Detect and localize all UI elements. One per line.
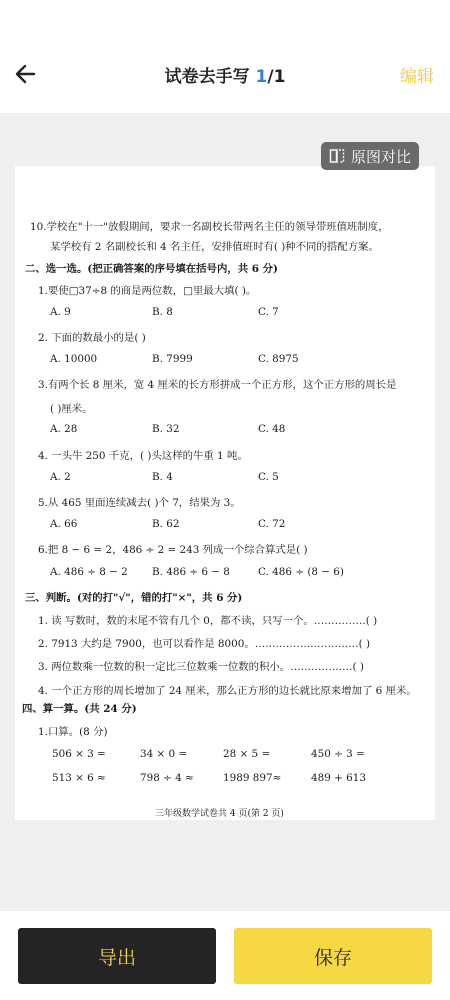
- option: A. 486 ÷ 8 − 2: [50, 566, 128, 578]
- calc-item: 506 × 3 =: [52, 748, 106, 760]
- calc-item: 798 ÷ 4 ≈: [140, 772, 194, 784]
- paper-line: 2. 下面的数最小的是( ): [38, 329, 146, 344]
- option: B. 8: [152, 306, 173, 318]
- option: C. 7: [258, 306, 279, 318]
- option: C. 486 ÷ (8 − 6): [258, 566, 344, 578]
- paper-line: 4. 一头牛 250 千克，( )头这样的牛重 1 吨。: [38, 447, 248, 462]
- bottom-action-bar: 导出 保存: [0, 911, 450, 1000]
- option: C. 5: [258, 471, 279, 483]
- edit-button[interactable]: 编辑: [400, 62, 434, 87]
- calc-item: 513 × 6 ≈: [52, 772, 106, 784]
- option: A. 9: [50, 306, 71, 318]
- calc-item: 1989 897≈: [223, 772, 281, 784]
- paper-line: 6.把 8 − 6 = 2，486 ÷ 2 = 243 列成一个综合算式是( ): [38, 541, 308, 556]
- option: A. 10000: [50, 353, 97, 365]
- calc-item: 489 + 613: [311, 772, 366, 784]
- paper-line: 3.有两个长 8 厘米，宽 4 厘米的长方形拼成一个正方形，这个正方形的周长是: [38, 376, 396, 391]
- paper-line: 4. 一个正方形的周长增加了 24 厘米，那么正方形的边长就比原来增加了 6 厘…: [38, 682, 417, 697]
- paper-footer: 三年级数学试卷共 4 页(第 2 页): [155, 806, 284, 819]
- option: B. 7999: [152, 353, 193, 365]
- option: A. 28: [50, 423, 77, 435]
- option: C. 8975: [258, 353, 299, 365]
- paper-line: 5.从 465 里面连续减去( )个 7，结果为 3。: [38, 494, 241, 509]
- section-heading: 三、判断。(对的打"√"，错的打"×"，共 6 分): [25, 589, 242, 604]
- paper-line: 1.要使□37÷8 的商是两位数，□里最大填( )。: [38, 282, 256, 297]
- section-heading: 二、选一选。(把正确答案的序号填在括号内，共 6 分): [25, 260, 278, 275]
- compare-label: 原图对比: [351, 146, 411, 167]
- paper-line: 1. 读 写数时，数的末尾不管有几个 0，都不读，只写一个。……………( ): [38, 612, 377, 627]
- option: C. 72: [258, 518, 285, 530]
- paper-line: 2. 7913 大约是 7900，也可以看作是 8000。…………………………(…: [38, 635, 370, 650]
- calc-item: 28 × 5 =: [223, 748, 270, 760]
- compare-original-button[interactable]: 原图对比: [321, 142, 419, 170]
- paper-line: 10.学校在"十一"放假期间，要求一名副校长带两名主任的领导带班值班制度，: [30, 218, 389, 233]
- exam-paper-bottom: 四、算一算。(共 24 分) 1.口算。(8 分) 506 × 3 = 34 ×…: [15, 700, 435, 820]
- paper-line: 某学校有 2 名副校长和 4 名主任，安排值班时有( )种不同的搭配方案。: [50, 238, 379, 253]
- calc-item: 450 ÷ 3 =: [311, 748, 365, 760]
- split-compare-icon: [329, 148, 345, 164]
- title-text: 试卷去手写: [165, 67, 250, 87]
- save-button[interactable]: 保存: [234, 928, 432, 984]
- page-current: 1: [256, 67, 268, 87]
- paper-line: ( )厘米。: [50, 400, 93, 415]
- section-heading: 四、算一算。(共 24 分): [22, 700, 137, 715]
- calc-item: 34 × 0 =: [140, 748, 187, 760]
- page-title: 试卷去手写 1/1: [0, 62, 450, 87]
- paper-line: 3. 两位数乘一位数的积一定比三位数乘一位数的积小。………………( ): [38, 658, 364, 673]
- top-bar: 试卷去手写 1/1 编辑: [0, 0, 450, 113]
- option: B. 4: [152, 471, 173, 483]
- option: C. 48: [258, 423, 285, 435]
- page-total: /1: [267, 67, 285, 87]
- option: A. 66: [50, 518, 77, 530]
- option: B. 62: [152, 518, 179, 530]
- option: A. 2: [50, 471, 71, 483]
- paper-line: 1.口算。(8 分): [38, 723, 108, 738]
- option: B. 32: [152, 423, 179, 435]
- export-button[interactable]: 导出: [18, 928, 216, 984]
- option: B. 486 ÷ 6 − 8: [152, 566, 230, 578]
